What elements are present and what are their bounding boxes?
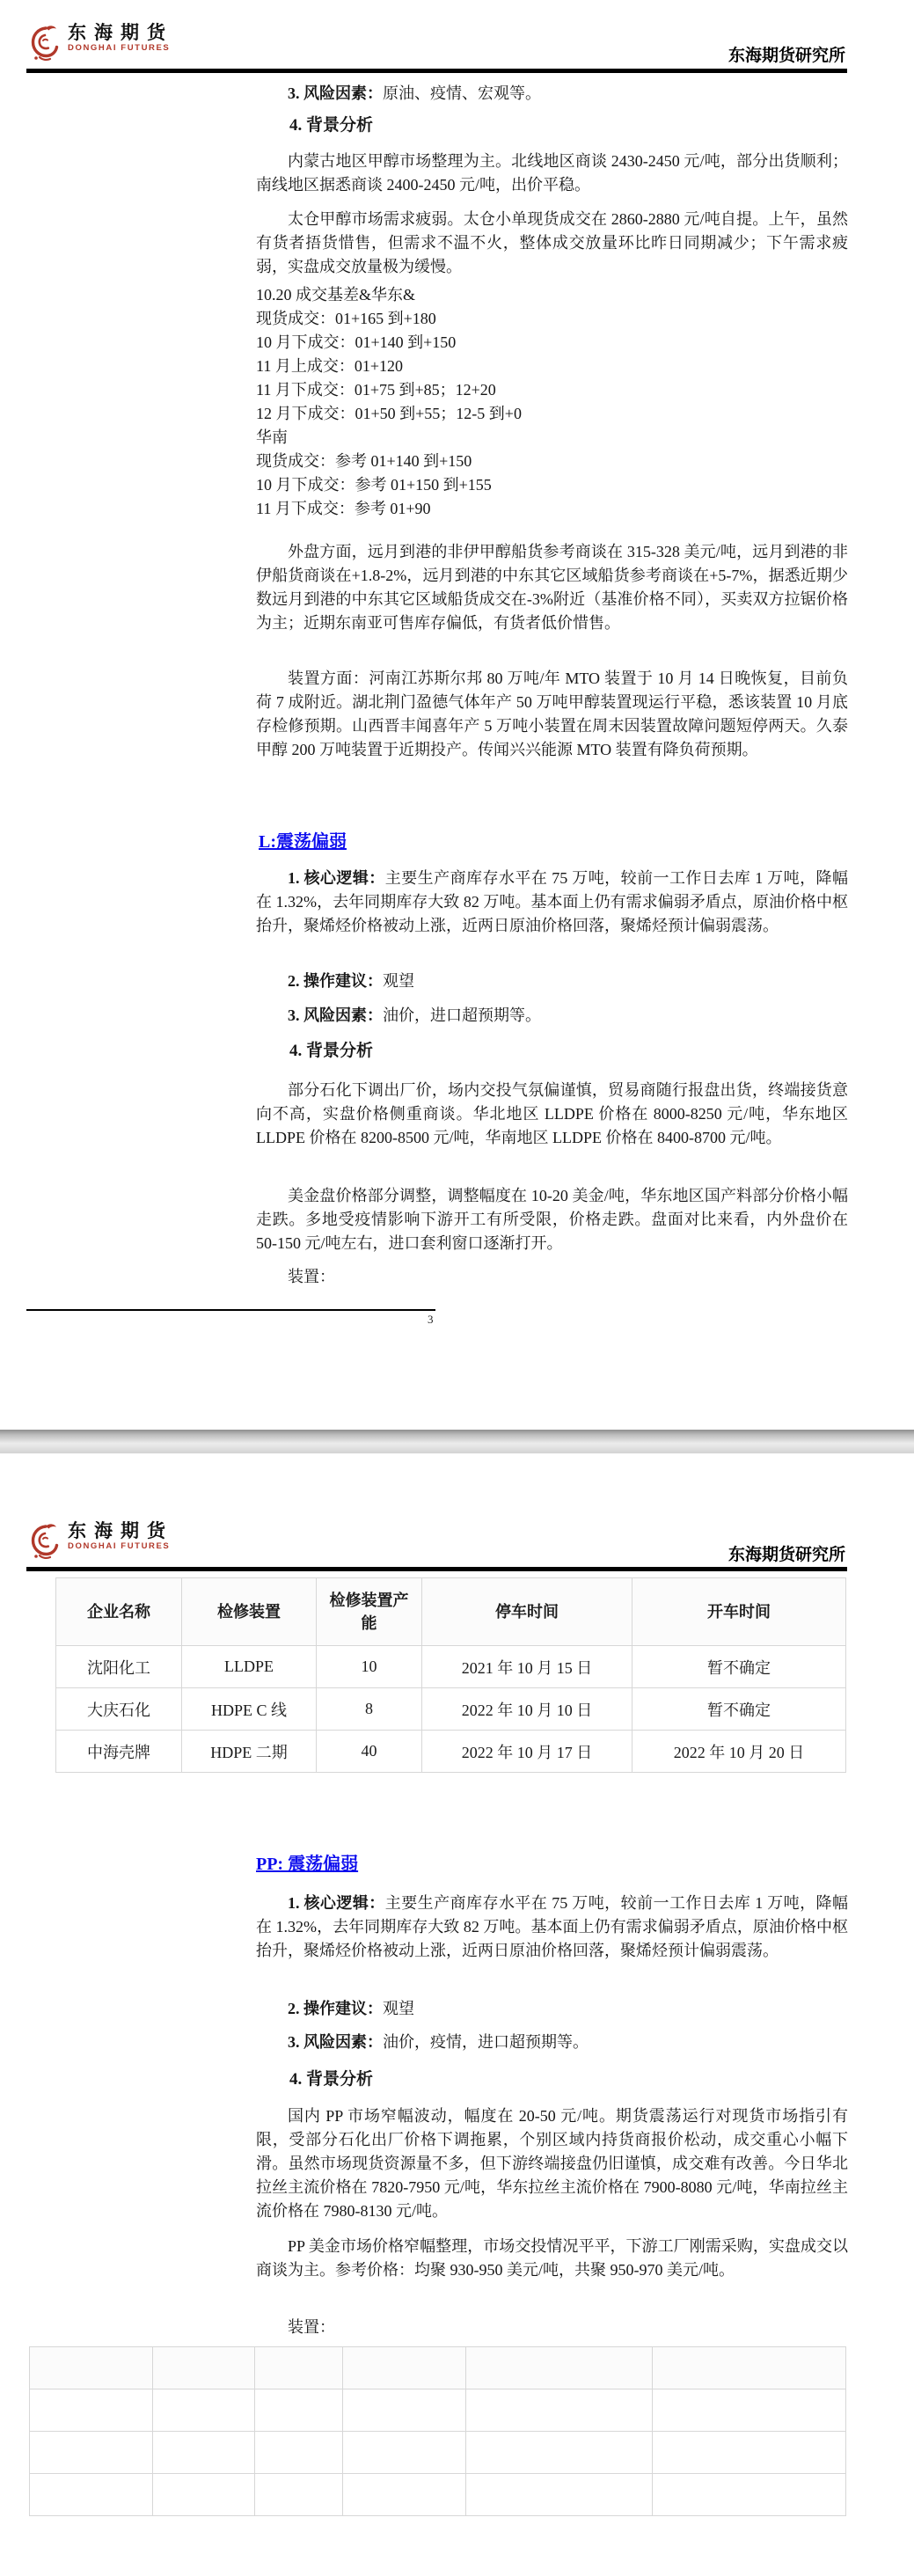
table-header-cell xyxy=(30,2347,153,2389)
paragraph-neimenggu: 内蒙古地区甲醇市场整理为主。北线地区商谈 2430-2450 元/吨，部分出货顺… xyxy=(256,150,848,197)
table-header-cell: 检修装置 xyxy=(182,1578,317,1646)
table-header-cell xyxy=(153,2347,255,2389)
table-cell xyxy=(30,2389,153,2432)
l-risk-factors: 3. 风险因素：油价，进口超预期等。 xyxy=(256,1004,848,1028)
paragraph-pp-meijin: PP 美金市场价格窄幅整理，市场交投情况平平，下游工厂刚需采购，实盘成交以商谈为… xyxy=(256,2235,848,2282)
advice-label: 2. 操作建议： xyxy=(288,972,383,990)
table-cell xyxy=(255,2389,343,2432)
table-cell: 8 xyxy=(317,1688,422,1731)
logo-company-name: 东海期货 xyxy=(68,22,173,43)
core-logic-label: 1. 核心逻辑： xyxy=(288,869,385,887)
report-document: 东海期货 DONGHAI FUTURES 东海期货研究所 3. 风险因素：原油、… xyxy=(0,0,914,2576)
pp-background-heading: 4. 背景分析 xyxy=(256,2067,848,2091)
table-cell xyxy=(653,2474,846,2516)
table-cell: HDPE C 线 xyxy=(182,1688,317,1731)
table-cell xyxy=(255,2474,343,2516)
table-cell: 沈阳化工 xyxy=(56,1646,182,1688)
donghai-logo-icon xyxy=(29,22,61,69)
table-cell: 暂不确定 xyxy=(632,1646,846,1688)
basis-line: 11 月下成交：01+75 到+85；12+20 xyxy=(256,378,848,402)
table-row xyxy=(30,2389,846,2432)
basis-line: 11 月下成交：参考 01+90 xyxy=(256,497,848,521)
table-cell: HDPE 二期 xyxy=(182,1731,317,1773)
pp-advice: 2. 操作建议：观望 xyxy=(256,1997,848,2021)
section-background-heading: 4. 背景分析 xyxy=(256,113,848,137)
risk-label: 3. 风险因素： xyxy=(288,2033,383,2051)
table-header-cell: 停车时间 xyxy=(422,1578,632,1646)
page-1: 东海期货 DONGHAI FUTURES 东海期货研究所 3. 风险因素：原油、… xyxy=(0,0,914,1430)
pp-section-heading[interactable]: PP: 震荡偏弱 xyxy=(256,1853,848,1877)
basis-line: 10.20 成交基差&华东& xyxy=(256,283,848,307)
institute-name: 东海期货研究所 xyxy=(728,42,845,66)
donghai-logo: 东海期货 DONGHAI FUTURES xyxy=(29,22,173,69)
paragraph-taicang: 太仓甲醇市场需求疲弱。太仓小单现货成交在 2860-2880 元/吨自提。上午，… xyxy=(256,208,848,279)
pe-maintenance-table: 企业名称 检修装置 检修装置产能 停车时间 开车时间 沈阳化工 LLDPE 10… xyxy=(55,1577,846,1773)
zhuangzhi-label: 装置： xyxy=(256,1265,848,1289)
table-cell xyxy=(255,2432,343,2474)
l-background-heading: 4. 背景分析 xyxy=(256,1039,848,1063)
table-header-cell xyxy=(343,2347,466,2389)
risk-label: 3. 风险因素： xyxy=(288,1006,383,1024)
paragraph-waipan: 外盘方面，远月到港的非伊甲醇船货参考商谈在 315-328 美元/吨，远月到港的… xyxy=(256,540,848,635)
basis-line: 现货成交：01+165 到+180 xyxy=(256,307,848,331)
header-rule xyxy=(26,1567,847,1571)
basis-line: 10 月下成交：01+140 到+150 xyxy=(256,331,848,355)
table-cell: 2022 年 10 月 10 日 xyxy=(422,1688,632,1731)
paragraph-meijin: 美金盘价格部分调整，调整幅度在 10-20 美金/吨，华东地区国产料部分价格小幅… xyxy=(256,1184,848,1255)
table-cell xyxy=(153,2432,255,2474)
risk-text: 原油、疫情、宏观等。 xyxy=(383,84,541,102)
risk-text: 油价，疫情，进口超预期等。 xyxy=(383,2033,589,2051)
advice-text: 观望 xyxy=(383,2000,414,2017)
table-header-cell xyxy=(466,2347,653,2389)
section-risk-factors: 3. 风险因素：原油、疫情、宏观等。 xyxy=(256,82,848,106)
table-row xyxy=(30,2432,846,2474)
donghai-logo: 东海期货 DONGHAI FUTURES xyxy=(29,1520,173,1567)
table-cell: 2022 年 10 月 20 日 xyxy=(632,1731,846,1773)
zhuangzhi-label: 装置： xyxy=(256,2316,848,2339)
pp-maintenance-table xyxy=(29,2346,846,2516)
table-header-cell: 企业名称 xyxy=(56,1578,182,1646)
table-cell: 2021 年 10 月 15 日 xyxy=(422,1646,632,1688)
table-cell xyxy=(343,2432,466,2474)
logo-company-name-en: DONGHAI FUTURES xyxy=(68,43,173,54)
table-cell: 暂不确定 xyxy=(632,1688,846,1731)
risk-text: 油价，进口超预期等。 xyxy=(383,1006,541,1024)
table-cell xyxy=(153,2474,255,2516)
risk-label: 3. 风险因素： xyxy=(288,84,383,102)
pp-risk-factors: 3. 风险因素：油价，疫情，进口超预期等。 xyxy=(256,2031,848,2054)
l-section-heading[interactable]: L:震荡偏弱 xyxy=(259,831,851,854)
basis-line: 现货成交：参考 01+140 到+150 xyxy=(256,450,848,473)
table-cell xyxy=(653,2389,846,2432)
table-cell: 2022 年 10 月 17 日 xyxy=(422,1731,632,1773)
table-row: 大庆石化 HDPE C 线 8 2022 年 10 月 10 日 暂不确定 xyxy=(56,1688,846,1731)
table-header-row: 企业名称 检修装置 检修装置产能 停车时间 开车时间 xyxy=(56,1578,846,1646)
table-row: 沈阳化工 LLDPE 10 2021 年 10 月 15 日 暂不确定 xyxy=(56,1646,846,1688)
basis-line: 10 月下成交：参考 01+150 到+155 xyxy=(256,473,848,497)
table-cell xyxy=(30,2474,153,2516)
footnote-divider xyxy=(26,1309,435,1311)
page-2: 东海期货 DONGHAI FUTURES 东海期货研究所 企业名称 检修装置 检… xyxy=(0,1453,914,2576)
l-core-logic: 1. 核心逻辑：主要生产商库存水平在 75 万吨，较前一工作日去库 1 万吨，降… xyxy=(256,867,848,938)
table-cell xyxy=(153,2389,255,2432)
institute-name: 东海期货研究所 xyxy=(728,1541,845,1565)
table-cell xyxy=(653,2432,846,2474)
table-header-cell: 检修装置产能 xyxy=(317,1578,422,1646)
table-cell: LLDPE xyxy=(182,1646,317,1688)
table-header-row xyxy=(30,2347,846,2389)
core-logic-label: 1. 核心逻辑： xyxy=(288,1894,385,1912)
advice-label: 2. 操作建议： xyxy=(288,2000,383,2017)
l-advice: 2. 操作建议：观望 xyxy=(256,970,848,993)
logo-company-name-en: DONGHAI FUTURES xyxy=(68,1541,173,1552)
basis-line: 12 月下成交：01+50 到+55；12-5 到+0 xyxy=(256,402,848,426)
table-cell: 10 xyxy=(317,1646,422,1688)
page-separator xyxy=(0,1430,914,1453)
table-cell xyxy=(466,2432,653,2474)
basis-quotes-block: 10.20 成交基差&华东& 现货成交：01+165 到+180 10 月下成交… xyxy=(256,283,848,521)
basis-line: 11 月上成交：01+120 xyxy=(256,355,848,378)
table-header-cell xyxy=(255,2347,343,2389)
paragraph-guonei-pp: 国内 PP 市场窄幅波动，幅度在 20-50 元/吨。期货震荡运行对现货市场指引… xyxy=(256,2104,848,2223)
basis-line: 华南 xyxy=(256,426,848,450)
table-header-cell xyxy=(653,2347,846,2389)
paragraph-zhuangzhi: 装置方面：河南江苏斯尔邦 80 万吨/年 MTO 装置于 10 月 14 日晚恢… xyxy=(256,667,848,762)
table-cell xyxy=(466,2389,653,2432)
pp-core-logic: 1. 核心逻辑：主要生产商库存水平在 75 万吨，较前一工作日去库 1 万吨，降… xyxy=(256,1892,848,1963)
donghai-logo-icon xyxy=(29,1520,61,1567)
header-rule xyxy=(26,69,847,73)
table-cell: 中海壳牌 xyxy=(56,1731,182,1773)
table-cell: 40 xyxy=(317,1731,422,1773)
page-number: 3 xyxy=(428,1313,434,1327)
table-header-cell: 开车时间 xyxy=(632,1578,846,1646)
logo-company-name: 东海期货 xyxy=(68,1520,173,1541)
advice-text: 观望 xyxy=(383,972,414,990)
table-row xyxy=(30,2474,846,2516)
table-cell xyxy=(343,2474,466,2516)
table-cell xyxy=(466,2474,653,2516)
table-cell xyxy=(30,2432,153,2474)
paragraph-shihua: 部分石化下调出厂价，场内交投气氛偏谨慎，贸易商随行报盘出货，终端接货意向不高，实… xyxy=(256,1079,848,1150)
table-row: 中海壳牌 HDPE 二期 40 2022 年 10 月 17 日 2022 年 … xyxy=(56,1731,846,1773)
table-cell: 大庆石化 xyxy=(56,1688,182,1731)
table-cell xyxy=(343,2389,466,2432)
